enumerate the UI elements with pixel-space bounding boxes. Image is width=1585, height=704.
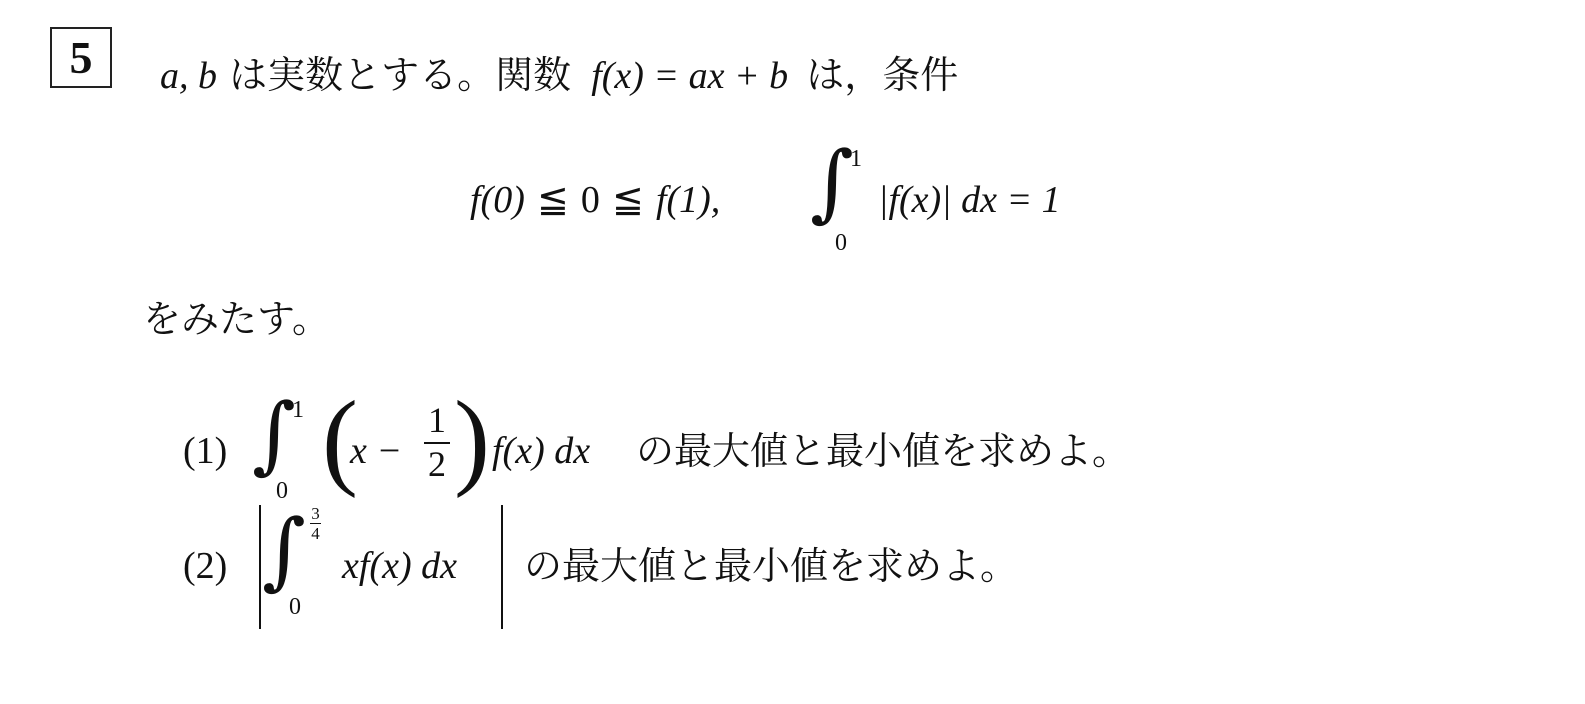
part-2-question: の最大値と最小値を求めよ。: [524, 547, 1018, 585]
satisfies-text: をみたす。: [143, 300, 330, 338]
ineq-right: f(1),: [656, 179, 720, 221]
abs-bar-left: [259, 505, 261, 629]
part-1-question: の最大値と最小値を求めよ。: [636, 432, 1130, 470]
integral-sign: ∫: [810, 140, 854, 224]
integral-upper-limit: 1: [850, 146, 862, 173]
part-1-label: (1): [183, 432, 227, 470]
ineq-zero: 0: [581, 179, 600, 221]
upper-denominator: 4: [311, 525, 320, 542]
ineq-left: f(0): [470, 179, 525, 221]
intro-text-2: は，条件: [806, 53, 958, 97]
leq-symbol-2: ≦: [612, 179, 644, 221]
intro-text-1: は実数とする。関数: [229, 53, 571, 97]
intro-vars: a, b: [160, 55, 217, 97]
upper-numerator: 3: [311, 505, 320, 522]
fraction-denominator: 2: [428, 446, 446, 482]
part-1-fraction: 1 2: [424, 402, 450, 482]
intro-function: f(x) = ax + b: [591, 55, 788, 97]
part-2-integrand: xf(x) dx: [342, 547, 457, 585]
part-1-tail: f(x) dx: [492, 432, 590, 470]
part-1-integral-sign: ∫: [252, 392, 296, 476]
fraction-numerator: 1: [428, 402, 446, 438]
part-2-integral-sign: ∫: [262, 508, 306, 592]
part-1-x-minus: x −: [350, 432, 402, 470]
part-2-upper-limit: 3 4: [310, 505, 321, 542]
problem-number: 5: [70, 35, 93, 81]
integral-lower-limit: 0: [835, 230, 847, 257]
leq-symbol-1: ≦: [537, 179, 569, 221]
abs-bar-right: [501, 505, 503, 629]
part-1-paren-close: ): [454, 386, 490, 494]
part-2-lower-limit: 0: [289, 594, 301, 621]
part-1-upper-limit: 1: [292, 397, 304, 424]
intro-line: a, b は実数とする。関数 f(x) = ax + b は，条件: [160, 56, 958, 95]
condition-inequality: f(0) ≦ 0 ≦ f(1),: [470, 180, 720, 219]
part-2-label: (2): [183, 547, 227, 585]
problem-number-box: 5: [50, 27, 112, 88]
condition-integrand: |f(x)| dx = 1: [878, 180, 1061, 219]
